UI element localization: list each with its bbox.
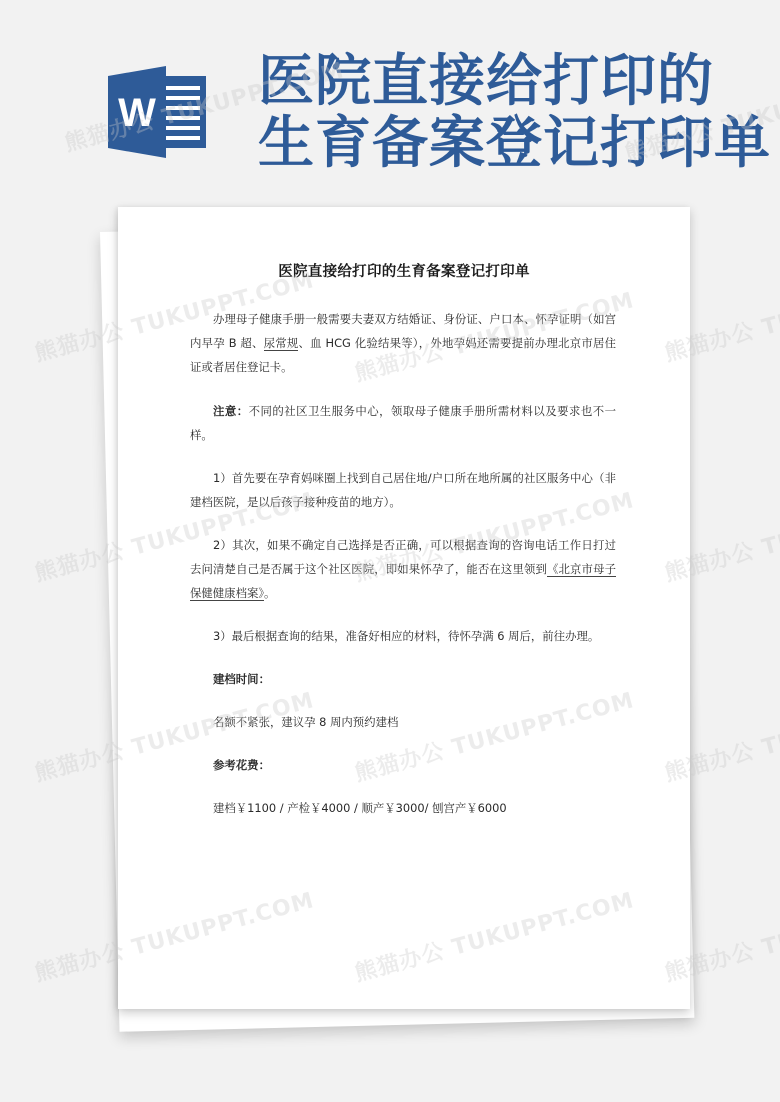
document-body: 办理母子健康手册一般需要夫妻双方结婚证、身份证、户口本、怀孕证明（如宫内早孕 B… (190, 307, 616, 820)
filing-time-text: 名额不紧张，建议孕 8 周内预约建档 (190, 710, 616, 734)
microsoft-word-icon: W (108, 66, 208, 158)
step-1: 1）首先要在孕育妈咪圈上找到自己居住地/户口所在地所属的社区服务中心（非建档医院… (190, 466, 616, 514)
hero-title-line2: 生育备案登记打印单 (258, 112, 771, 174)
cost-label: 参考花费： (190, 753, 616, 777)
document-title: 医院直接给打印的生育备案登记打印单 (118, 260, 690, 281)
step-3: 3）最后根据查询的结果，准备好相应的材料，待怀孕满 6 周后，前往办理。 (190, 624, 616, 648)
hero-title: 医院直接给打印的 生育备案登记打印单 (258, 50, 771, 174)
document-page: 医院直接给打印的生育备案登记打印单 办理母子健康手册一般需要夫妻双方结婚证、身份… (118, 207, 690, 1009)
step-2: 2）其次，如果不确定自己选择是否正确，可以根据查询的咨询电话工作日打过去问清楚自… (190, 533, 616, 605)
svg-text:W: W (118, 91, 156, 135)
hero-title-line1: 医院直接给打印的 (258, 50, 771, 112)
note-label: 注意： (213, 404, 249, 418)
underlined-term: 尿常规 (264, 336, 299, 351)
intro-paragraph: 办理母子健康手册一般需要夫妻双方结婚证、身份证、户口本、怀孕证明（如宫内早孕 B… (190, 307, 616, 379)
cost-text: 建档￥1100 / 产检￥4000 / 顺产￥3000/ 刨宫产￥6000 (190, 796, 616, 820)
note-paragraph: 注意：不同的社区卫生服务中心，领取母子健康手册所需材料以及要求也不一样。 (190, 399, 616, 447)
filing-time-label: 建档时间： (190, 667, 616, 691)
